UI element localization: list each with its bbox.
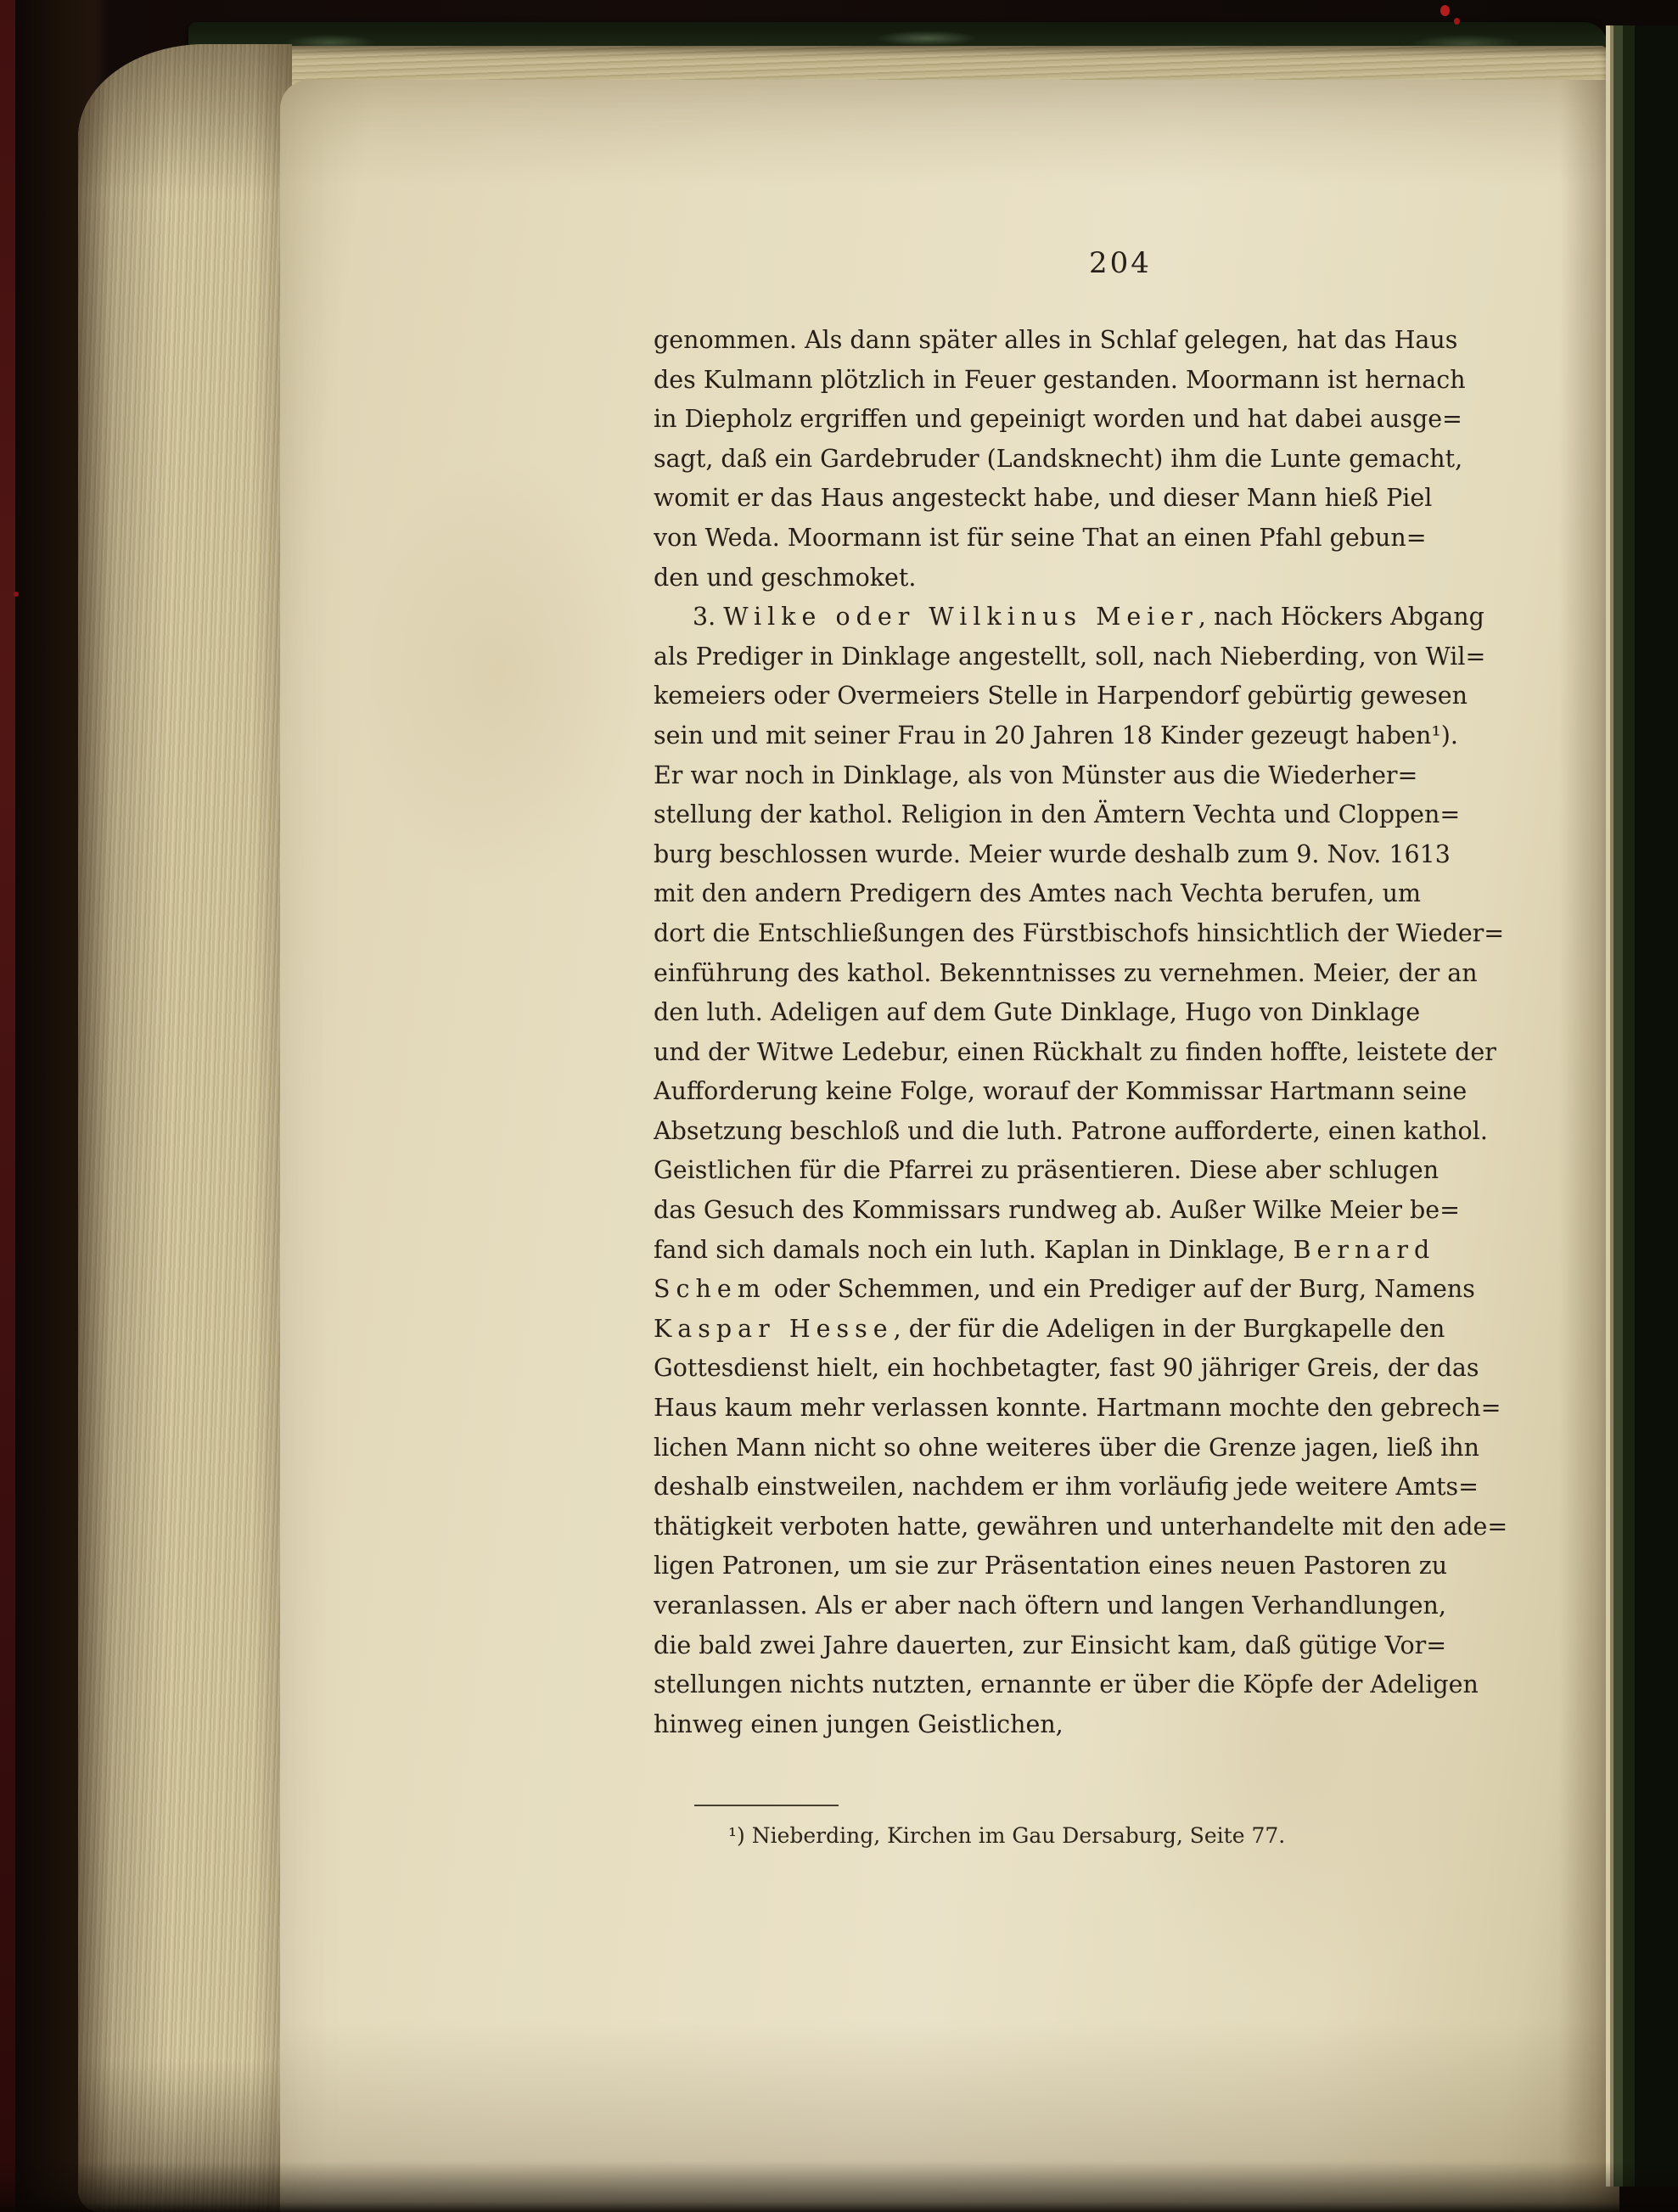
red-speck [14, 592, 19, 597]
text-line: die bald zwei Jahre dauerten, zur Einsic… [654, 1626, 1587, 1666]
text-line: von Weda. Moormann ist für seine That an… [654, 519, 1587, 559]
text-line: in Diepholz ergriffen und gepeinigt word… [654, 400, 1587, 440]
text-line: Kaspar Hesse, der für die Adeligen in de… [654, 1310, 1587, 1350]
text-line: 3. Wilke oder Wilkinus Meier, nach Höcke… [654, 598, 1587, 637]
text-line: hinweg einen jungen Geistlichen, [654, 1705, 1587, 1745]
red-speck [1440, 5, 1450, 16]
text-line: Absetzung beschloß und die luth. Patrone… [654, 1112, 1587, 1152]
text-line: als Prediger in Dinklage angestellt, sol… [654, 637, 1587, 677]
text-line: Haus kaum mehr verlassen konnte. Hartman… [654, 1389, 1587, 1429]
text-line: das Gesuch des Kommissars rundweg ab. Au… [654, 1191, 1587, 1231]
book-page: 204 genommen. Als dann später alles in S… [280, 80, 1619, 2212]
text-line: und der Witwe Ledebur, einen Rückhalt zu… [654, 1033, 1587, 1073]
text-line: womit er das Haus angesteckt habe, und d… [654, 479, 1587, 519]
body-text: genommen. Als dann später alles in Schla… [654, 321, 1587, 1744]
text-line: Er war noch in Dinklage, als von Münster… [654, 756, 1587, 796]
text-line: veranlassen. Als er aber nach öftern und… [654, 1586, 1587, 1626]
text-line: Geistlichen für die Pfarrei zu präsentie… [654, 1151, 1587, 1191]
letterspaced-name: Kaspar Hesse [654, 1315, 894, 1343]
text-line: sein und mit seiner Frau in 20 Jahren 18… [654, 716, 1587, 756]
text-line: stellungen nichts nutzten, ernannte er ü… [654, 1665, 1587, 1705]
text-line: den und geschmoket. [654, 559, 1587, 598]
fore-edge-shading [78, 44, 292, 2212]
text-line: einführung des kathol. Bekenntnisses zu … [654, 954, 1587, 994]
text-line: Gottesdienst hielt, ein hochbetagter, fa… [654, 1349, 1587, 1389]
text-line: dort die Entschließungen des Fürstbischo… [654, 914, 1587, 954]
text-line: kemeiers oder Overmeiers Stelle in Harpe… [654, 677, 1587, 716]
book-photo-scene: 204 genommen. Als dann später alles in S… [0, 0, 1678, 2212]
text-line: mit den andern Predigern des Amtes nach … [654, 874, 1587, 914]
text-line: Aufforderung keine Folge, worauf der Kom… [654, 1072, 1587, 1112]
red-speck [1454, 18, 1460, 25]
text-line: sagt, daß ein Gardebruder (Landsknecht) … [654, 440, 1587, 480]
letterspaced-name: Schem [654, 1275, 766, 1303]
letterspaced-name: Bernard [1294, 1236, 1436, 1264]
text-line: thätigkeit verboten hatte, gewähren und … [654, 1507, 1587, 1547]
text-line: deshalb einstweilen, nachdem er ihm vorl… [654, 1468, 1587, 1507]
footnote: ¹) Nieberding, Kirchen im Gau Dersaburg,… [654, 1823, 1587, 1848]
text-line: Schem oder Schemmen, und ein Prediger au… [654, 1270, 1587, 1310]
letterspaced-name: Wilke oder Wilkinus Meier [723, 603, 1198, 631]
page-number: 204 [654, 246, 1587, 284]
text-line: stellung der kathol. Religion in den Ämt… [654, 795, 1587, 835]
book-cover-right-edge [1606, 25, 1678, 2187]
bottom-shadow [0, 2161, 1678, 2212]
text-line: fand sich damals noch ein luth. Kaplan i… [654, 1231, 1587, 1271]
text-line: ligen Patronen, um sie zur Präsentation … [654, 1547, 1587, 1586]
text-line: des Kulmann plötzlich in Feuer gestanden… [654, 361, 1587, 401]
binding-edge-strip [0, 0, 15, 2212]
page-stack-fore-edge [78, 44, 292, 2212]
text-line: lichen Mann nicht so ohne weiteres über … [654, 1429, 1587, 1468]
paper-stain [356, 453, 645, 895]
text-line: genommen. Als dann später alles in Schla… [654, 321, 1587, 361]
text-line: den luth. Adeligen auf dem Gute Dinklage… [654, 993, 1587, 1033]
footnote-separator [694, 1805, 839, 1806]
text-line: burg beschlossen wurde. Meier wurde desh… [654, 835, 1587, 875]
